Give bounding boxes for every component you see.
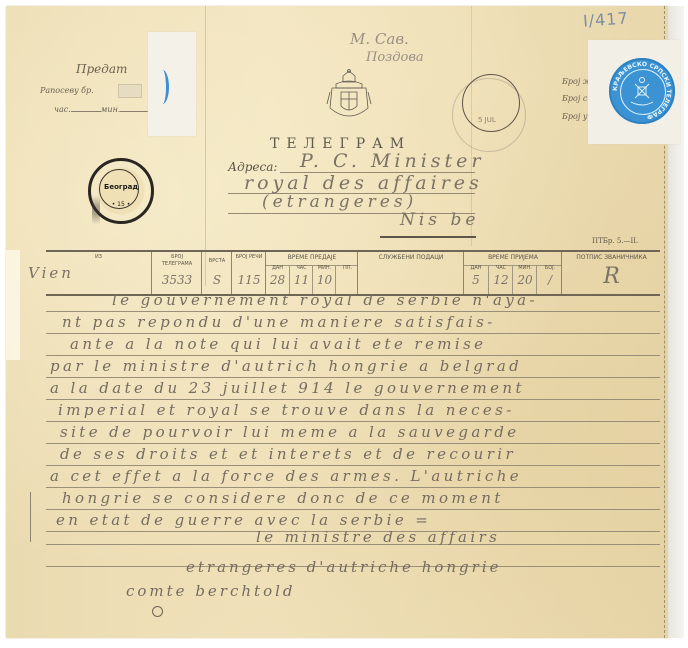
message-line: site de pourvoir lui meme a la sauvegard… <box>60 423 520 441</box>
address-line: (etrangeres) <box>262 192 417 212</box>
col-telegram-no: БРОЈ ТЕЛЕГРАМА 3533 <box>151 252 202 294</box>
col-signature: ПОТПИС ЗВАНИЧНИКА R <box>561 252 661 294</box>
broj-label: Број с <box>562 94 587 103</box>
col-sent-time: ВРЕМЕ ПРЕДАЈЕ ДАН28 ЧАС11 МИН.10 ПП. <box>265 252 358 294</box>
broj-label: Број у <box>562 112 587 121</box>
message-line: en etat de guerre avec la serbie = <box>56 511 431 529</box>
col-type: ВРСТА S <box>201 252 232 294</box>
message-line: hongrie se considere donc de ce moment <box>62 489 504 507</box>
address-line: royal des affaires <box>244 172 483 194</box>
coat-of-arms-icon <box>326 68 372 128</box>
telegram-header-table: ИЗ Vien БРОЈ ТЕЛЕГРАМА 3533 ВРСТА S БРОЈ… <box>46 250 660 296</box>
address-line: Nis be <box>400 210 479 230</box>
telegram-no-value: 3533 <box>152 273 202 287</box>
message-line: imperial et royal se trouve dans la nece… <box>58 401 515 419</box>
message-line: a la date du 23 juillet 914 le gouvernem… <box>50 379 525 397</box>
time-fields: час.мин. <box>54 104 150 114</box>
col-official: СЛУЖБЕНИ ПОДАЦИ <box>357 252 464 294</box>
message-line: ante a la note qui lui avait ete remise <box>70 335 486 353</box>
col-from: ИЗ Vien <box>46 252 151 294</box>
word-count-value: 115 <box>232 273 266 287</box>
col-received-time: ВРЕМЕ ПРИЈЕМА ДАН5 ЧАС12 МИН.20 БОЈ./ <box>463 252 562 294</box>
predat-label: Предат <box>76 62 127 76</box>
from-value: Vien <box>16 264 86 282</box>
message-line: le ministre des affairs <box>256 528 500 546</box>
col-word-count: БРОЈ РЕЧИ 115 <box>231 252 266 294</box>
signature-value: R <box>562 264 661 289</box>
margin-mark <box>30 492 45 542</box>
message-line: de ses droits et et interets et de recou… <box>60 445 516 463</box>
fold-line <box>205 6 206 286</box>
ink-smudge <box>92 190 100 230</box>
message-line: nt pas repondu d'une maniere satisfais- <box>62 313 496 331</box>
message-line: a cet effet a la force des armes. L'autr… <box>50 467 522 485</box>
signature-line: comte berchtold <box>126 582 296 600</box>
small-stamp-mark <box>152 606 163 617</box>
message-line: le gouvernement royal de serbie n'aya- <box>112 291 538 309</box>
message-line: par le ministre d'autrich hongrie a belg… <box>50 357 522 375</box>
message-line: etrangeres d'autriche hongrie <box>186 558 502 576</box>
seal-fragment <box>156 70 169 104</box>
raznoscu-label: Рапосеву бр. <box>40 86 94 95</box>
address-line: P. C. Minister <box>300 150 485 172</box>
pencil-note: М. Сав. <box>350 30 409 48</box>
type-value: S <box>202 273 232 287</box>
form-code: ПТБр. 5.—II. <box>592 237 638 245</box>
pencil-note: Поздова <box>366 50 424 65</box>
blue-seal-icon: КРАЉЕВСКО СРПСКИ ТЕЛЕГРАФ <box>609 58 675 124</box>
stamp-date-text: 5 JUL <box>478 116 496 124</box>
seal-emblem-icon: КРАЉЕВСКО СРПСКИ ТЕЛЕГРАФ <box>609 58 675 124</box>
address-underline <box>380 236 476 238</box>
archive-number: I/417 <box>582 8 629 30</box>
raznoscu-box <box>118 84 142 98</box>
